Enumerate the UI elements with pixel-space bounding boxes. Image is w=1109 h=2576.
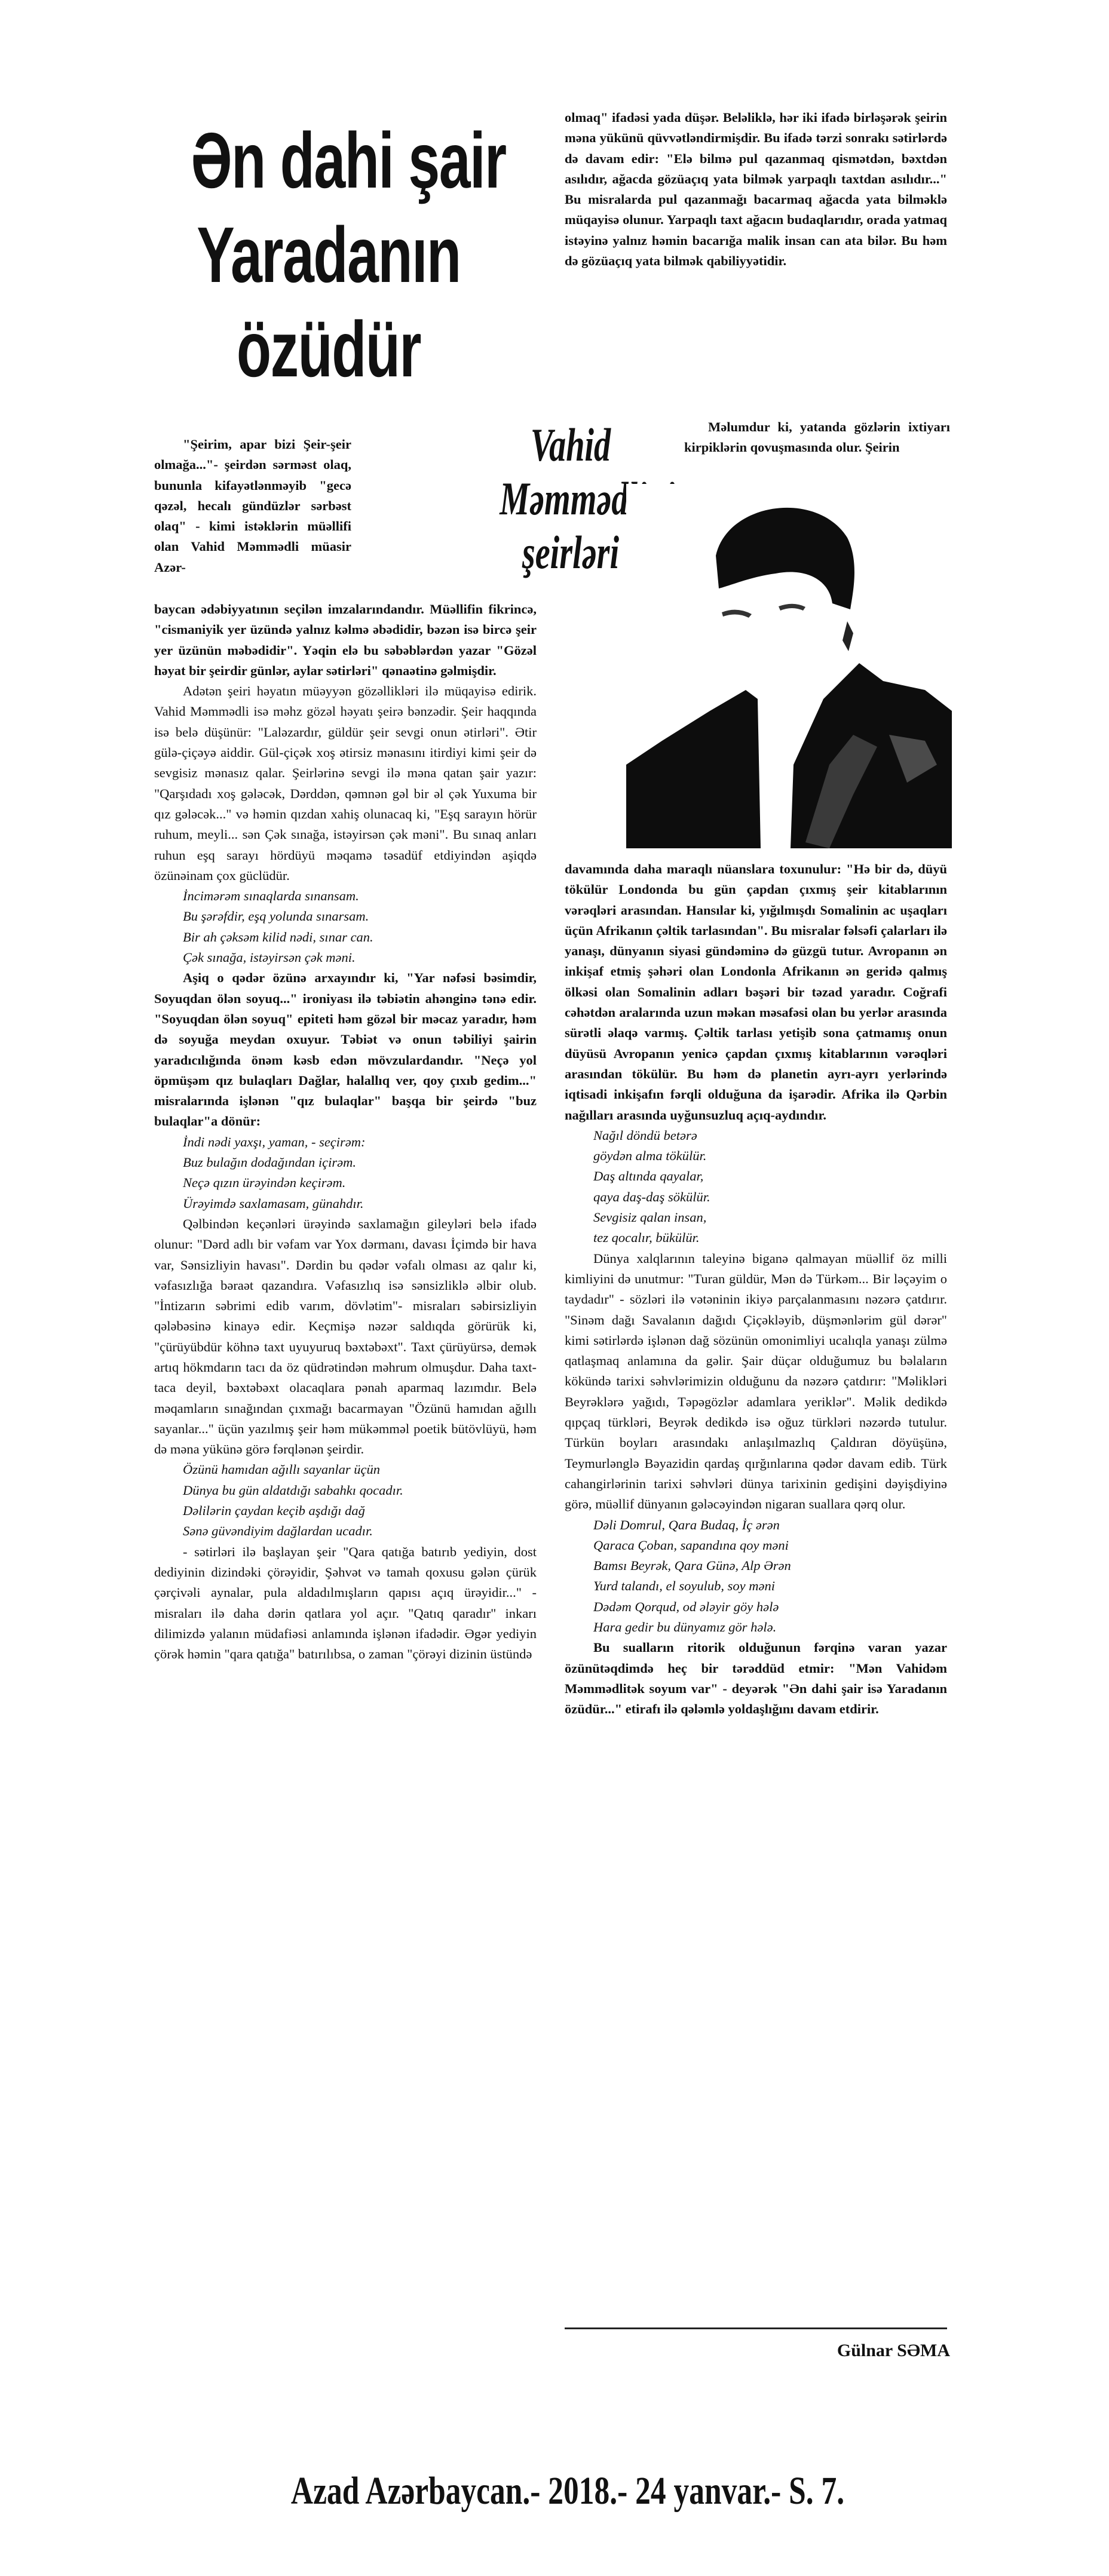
poem-excerpt: İndi nədi yaxşı, yaman, - seçirəm:Buz bu… — [154, 1132, 537, 1214]
intro-paragraph: "Şeirim, apar bizi Şeir-şeir olmağa..."-… — [154, 434, 351, 578]
subhead-line-2: Məmmədlinin — [500, 472, 642, 526]
poem-excerpt: Nağıl döndü betərəgöydən alma tökülür.Da… — [565, 1126, 947, 1249]
poem-line: Dəli Domrul, Qara Budaq, İç ərən — [593, 1515, 947, 1535]
body-paragraph: Bu sualların ritorik olduğunun fərqinə v… — [565, 1637, 947, 1719]
body-paragraph: Aşiq o qədər özünə arxayındır ki, "Yar n… — [154, 968, 537, 1131]
left-intro-column: "Şeirim, apar bizi Şeir-şeir olmağa..."-… — [154, 434, 351, 578]
signature-divider — [565, 2327, 947, 2329]
source-citation: Azad Azərbaycan.- 2018.- 24 yanvar.- S. … — [260, 2468, 875, 2514]
body-paragraph: Adətən şeiri həyatın müəyyən gözəlliklər… — [154, 681, 537, 886]
right-top-paragraph: olmaq" ifadəsi yada düşər. Beləliklə, hə… — [565, 108, 947, 271]
poem-excerpt: İncimərəm sınaqlarda sınansam.Bu şərəfdi… — [154, 886, 537, 968]
headline-line-2: Yaradanın — [191, 208, 467, 302]
poem-line: Sənə güvəndiyim dağlardan ucadır. — [183, 1521, 537, 1541]
author-signature: Gülnar SƏMA — [777, 2341, 950, 2361]
right-top-column: olmaq" ifadəsi yada düşər. Beləliklə, hə… — [565, 108, 947, 271]
article-headline: Ən dahi şair Yaradanın özüdür — [191, 114, 467, 397]
subhead-line-1: Vahid — [500, 418, 642, 472]
poem-excerpt: Dəli Domrul, Qara Budaq, İç ərənQaraca Ç… — [565, 1515, 947, 1638]
poem-line: Dünya bu gün aldatdığı sabahkı qocadır. — [183, 1480, 537, 1501]
headline-line-3: özüdür — [191, 302, 467, 397]
poem-line: Dədəm Qorqud, od ələyir göy hələ — [593, 1597, 947, 1617]
poem-line: Daş altında qayalar, — [593, 1166, 947, 1186]
body-paragraph: baycan ədəbiyyatının seçilən imzalarında… — [154, 599, 537, 681]
poem-line: Bamsı Beyrək, Qara Günə, Alp Ərən — [593, 1556, 947, 1576]
poem-line: Yurd talandı, el soyulub, soy məni — [593, 1576, 947, 1596]
body-paragraph: Qəlbindən keçənləri ürəyində saxlamağın … — [154, 1214, 537, 1460]
body-paragraph: Dünya xalqlarının taleyinə biganə qalmay… — [565, 1249, 947, 1515]
right-mid-paragraph: Məlumdur ki, yatanda gözlərin ixtiyarı k… — [684, 417, 950, 458]
body-paragraph: - sətirləri ilə başlayan şeir "Qara qatı… — [154, 1542, 537, 1665]
poem-line: Dəlilərin çaydan keçib aşdığı dağ — [183, 1501, 537, 1521]
poem-excerpt: Özünü hamıdan ağıllı sayanlar üçünDünya … — [154, 1459, 537, 1541]
right-column: davamında daha maraqlı nüanslara toxunul… — [565, 859, 947, 1719]
poem-line: Buz bulağın dodağından içirəm. — [183, 1152, 537, 1173]
body-paragraph: davamında daha maraqlı nüanslara toxunul… — [565, 859, 947, 1126]
poem-line: Özünü hamıdan ağıllı sayanlar üçün — [183, 1459, 537, 1480]
poem-line: Neçə qızın ürəyindən keçirəm. — [183, 1173, 537, 1193]
poem-line: Ürəyimdə saxlamasam, günahdır. — [183, 1194, 537, 1214]
poem-line: İndi nədi yaxşı, yaman, - seçirəm: — [183, 1132, 537, 1152]
poem-line: İncimərəm sınaqlarda sınansam. — [183, 886, 537, 906]
right-mid-column: Məlumdur ki, yatanda gözlərin ixtiyarı k… — [684, 417, 950, 458]
poem-line: qaya daş-daş sökülür. — [593, 1187, 947, 1207]
poem-line: tez qocalır, bükülür. — [593, 1228, 947, 1248]
subhead-line-3: şeirləri — [500, 526, 642, 579]
poem-line: Qaraca Çoban, sapandına qoy məni — [593, 1535, 947, 1556]
poem-line: Sevgisiz qalan insan, — [593, 1207, 947, 1228]
left-column: baycan ədəbiyyatının seçilən imzalarında… — [154, 599, 537, 1664]
poem-line: Nağıl döndü betərə — [593, 1126, 947, 1146]
portrait-image-icon — [626, 484, 952, 848]
article-subhead: Vahid Məmmədlinin şeirləri — [500, 418, 642, 579]
poem-line: Çək sınağa, istəyirsən çək məni. — [183, 947, 537, 968]
poem-line: Hara gedir bu dünyamız gör hələ. — [593, 1617, 947, 1637]
author-photo — [626, 484, 952, 848]
poem-line: göydən alma tökülür. — [593, 1146, 947, 1166]
poem-line: Bir ah çəksəm kilid nədi, sınar can. — [183, 927, 537, 947]
headline-line-1: Ən dahi şair — [191, 114, 467, 208]
poem-line: Bu şərəfdir, eşq yolunda sınarsam. — [183, 906, 537, 927]
